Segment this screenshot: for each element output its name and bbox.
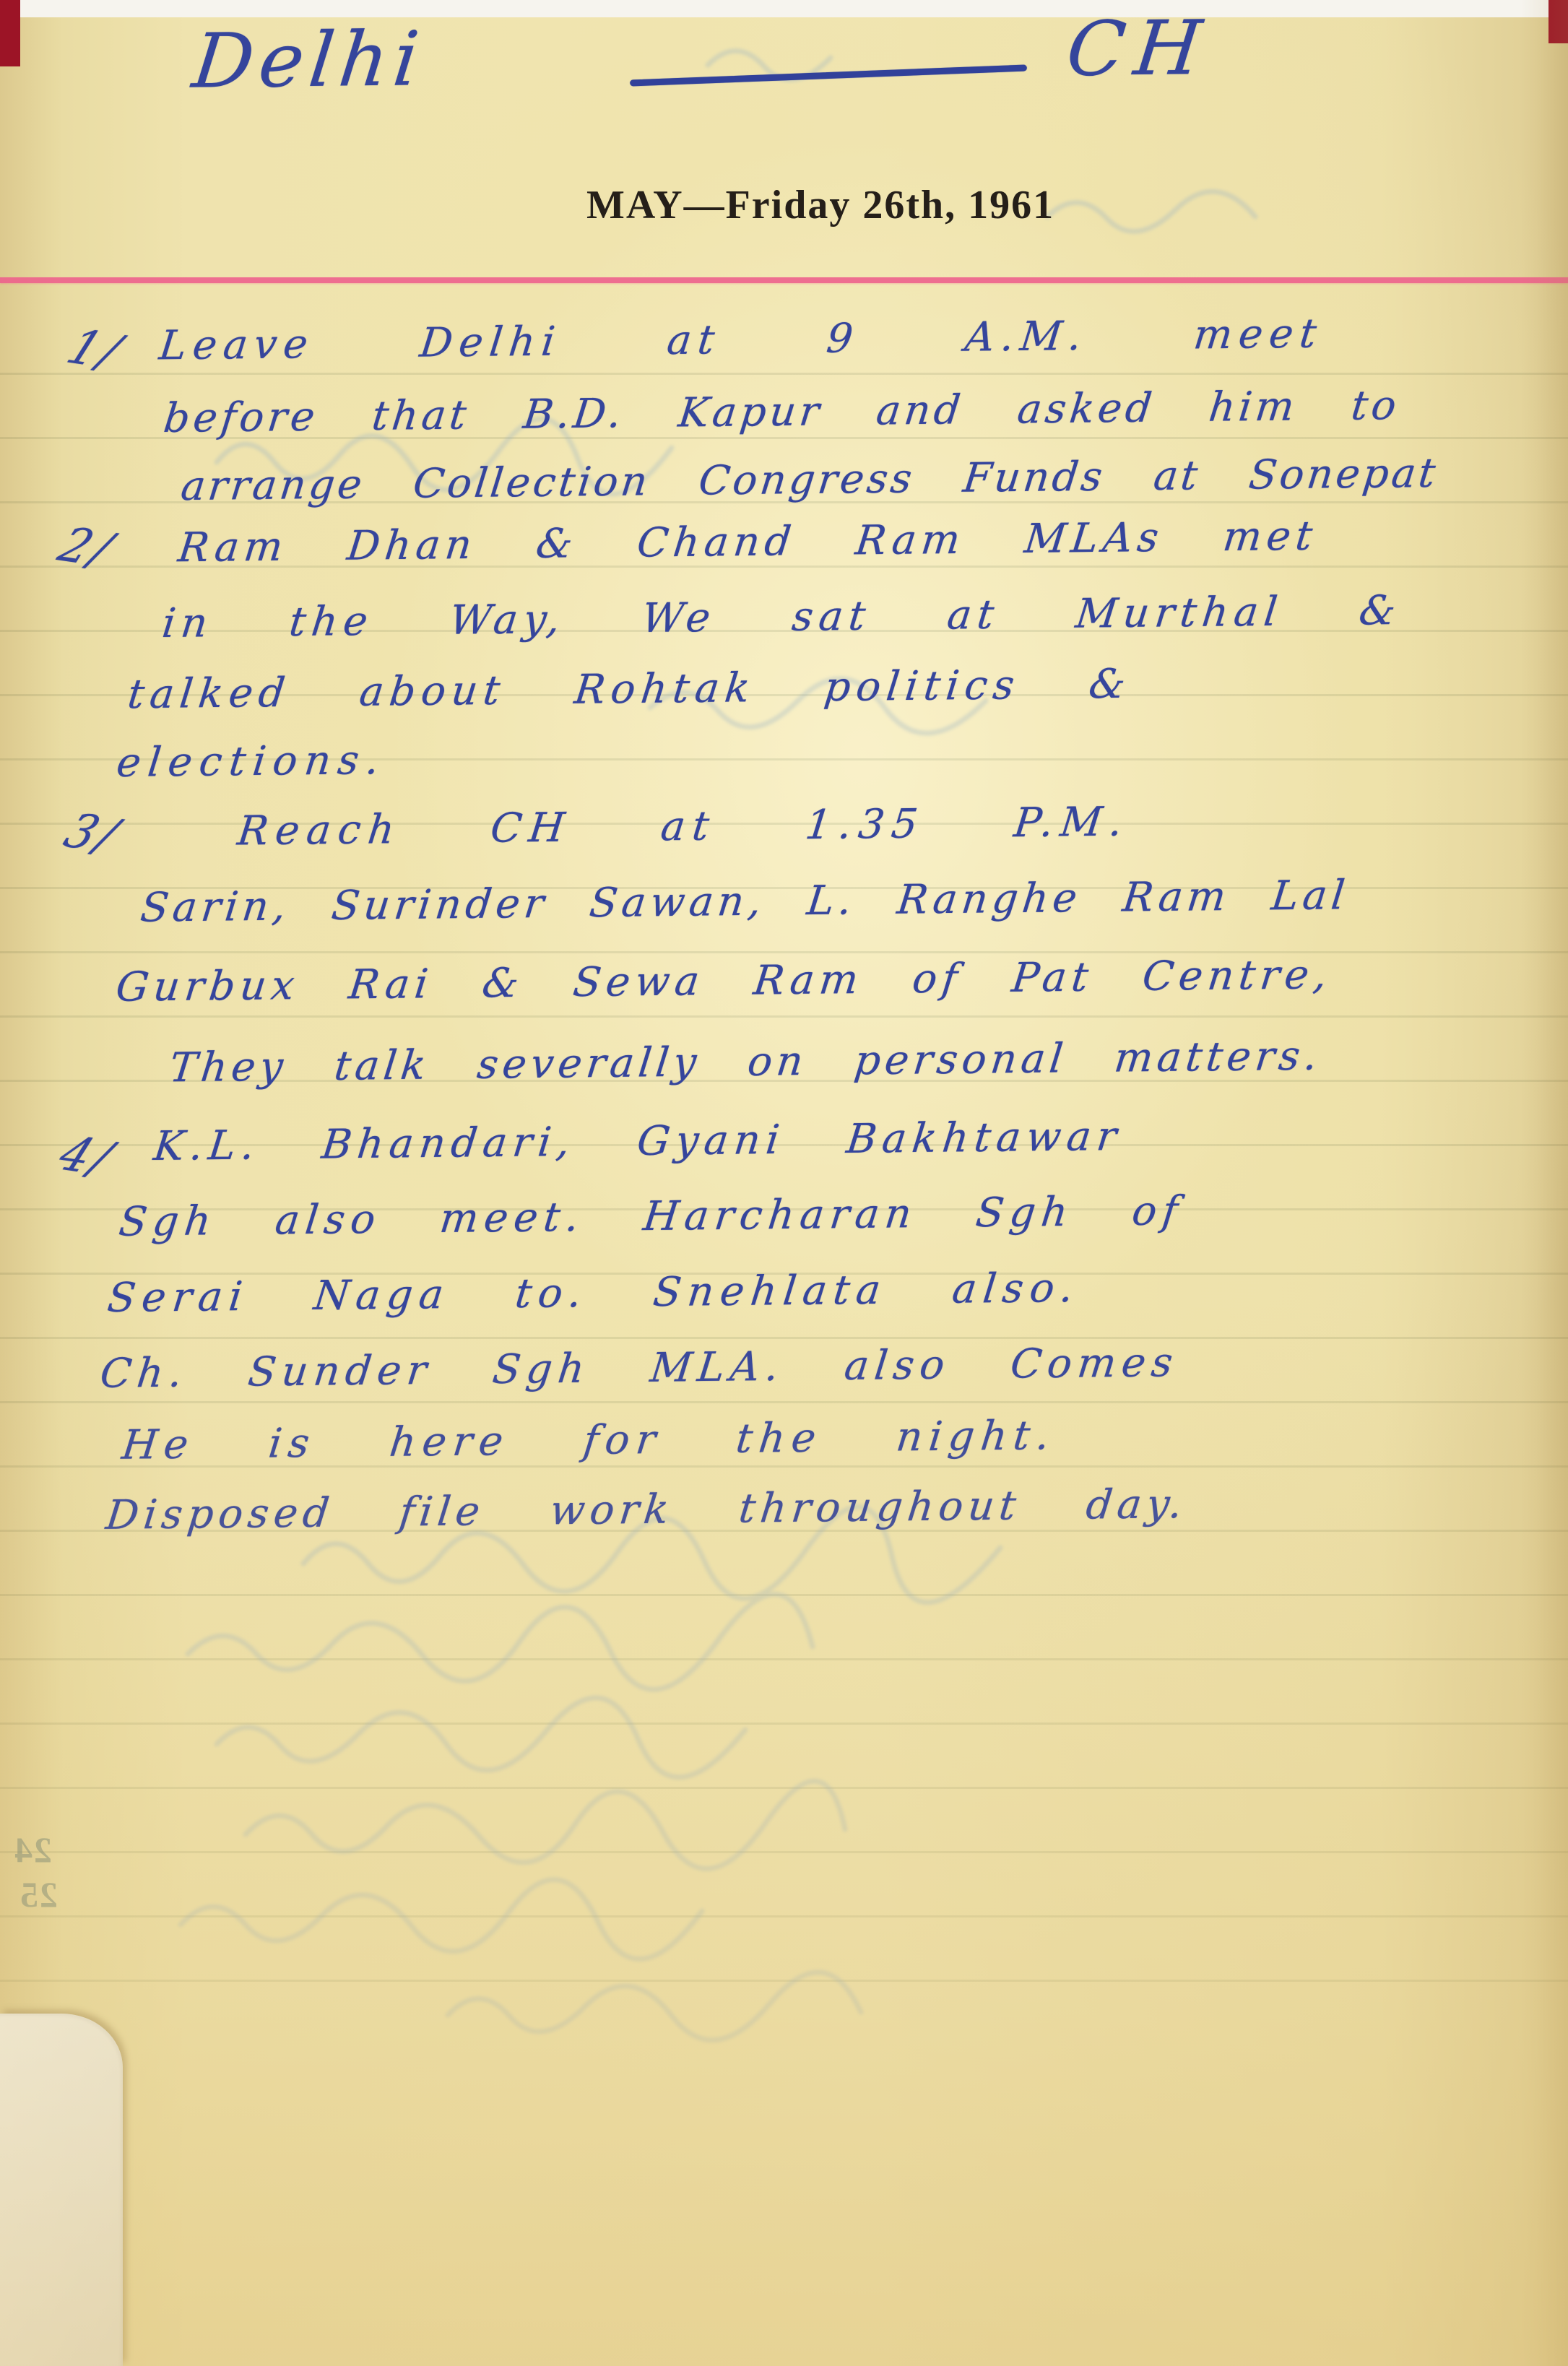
diary-line: They talk severally on personal matters. <box>167 1033 1324 1092</box>
diary-line: Disposed file work throughout day. <box>103 1481 1190 1539</box>
diary-line: in the Way, We sat at Murthal & <box>160 587 1403 647</box>
ruled-lines-overlay <box>0 311 1568 2029</box>
diary-line: He is here for the night. <box>120 1412 1059 1469</box>
handwritten-location: Delhi <box>189 14 429 105</box>
scan-edge-strip <box>0 0 1568 17</box>
diary-line: Leave Delhi at 9 A.M. meet <box>157 311 1325 370</box>
entry-marker: 4/ <box>51 1127 123 1187</box>
diary-line: arrange Collection Congress Funds at Son… <box>178 450 1440 510</box>
diary-line: Reach CH at 1.35 P.M. <box>235 799 1132 855</box>
bleed-number-bottom: 25 <box>19 1873 58 1915</box>
printed-date: MAY—Friday 26th, 1961 <box>586 182 1054 228</box>
torn-corner <box>0 2014 123 2366</box>
scan-artifact-top-left <box>0 0 20 66</box>
diary-line: Sgh also meet. Harcharan Sgh of <box>116 1187 1186 1245</box>
diary-line: K.L. Bhandari, Gyani Bakhtawar <box>152 1113 1125 1170</box>
diary-line: elections. <box>114 737 389 786</box>
scan-artifact-top-right <box>1548 0 1568 43</box>
ghost-writing-overlay <box>0 0 1568 2366</box>
diary-page-paper: Delhi CH MAY—Friday 26th, 1961 1/ Leave … <box>0 0 1568 2366</box>
entry-marker: 2/ <box>51 518 123 578</box>
diary-line: talked about Rohtak politics & <box>125 661 1133 719</box>
entry-marker: 3/ <box>56 804 129 864</box>
diary-line: Gurbux Rai & Sewa Ram of Pat Centre, <box>113 951 1334 1011</box>
entry-marker: 1/ <box>59 320 131 380</box>
diary-line: Serai Naga to. Snehlata also. <box>105 1265 1083 1322</box>
diary-line: Sarin, Surinder Sawan, L. Ranghe Ram Lal <box>138 872 1351 931</box>
diary-line: Ch. Sunder Sgh MLA. also Comes <box>98 1339 1180 1397</box>
pink-rule <box>0 277 1568 283</box>
diary-line: before that B.D. Kapur and asked him to <box>161 382 1402 442</box>
handwritten-initials: CH <box>1062 4 1216 93</box>
bleed-number-top: 24 <box>13 1829 52 1871</box>
header-dash <box>630 64 1027 86</box>
diary-line: Ram Dhan & Chand Ram MLAs met <box>176 513 1320 571</box>
